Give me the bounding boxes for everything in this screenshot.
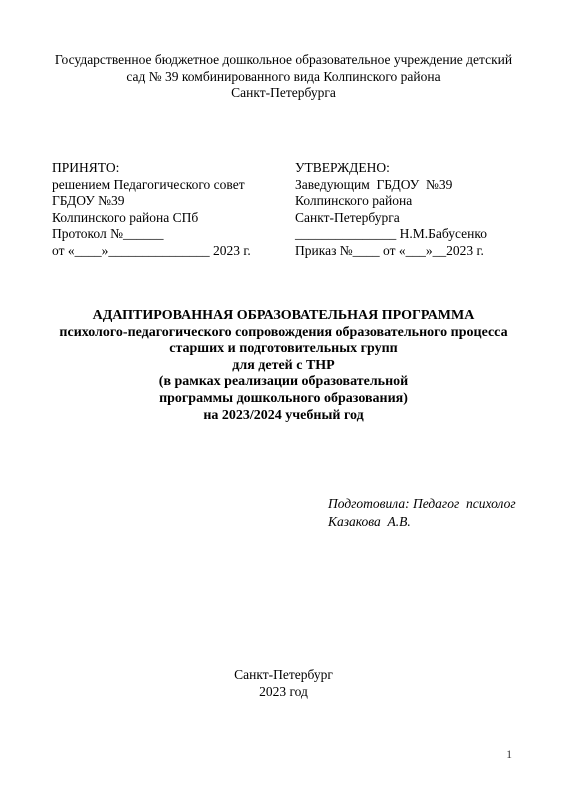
document-page: Государственное бюджетное дошкольное обр… [0,0,567,800]
organization-header: Государственное бюджетное дошкольное обр… [20,52,547,102]
title-line: старших и подготовительных групп [20,341,547,358]
document-title: АДАПТИРОВАННАЯ ОБРАЗОВАТЕЛЬНАЯ ПРОГРАММА… [20,308,547,424]
approved-line: Санкт-Петербурга [295,210,537,227]
accepted-heading: ПРИНЯТО: [52,160,295,177]
title-line: на 2023/2024 учебный год [20,408,547,425]
accepted-line: ГБДОУ №39 [52,193,295,210]
accepted-line: решением Педагогического совет [52,177,295,194]
approved-line: Заведующим ГБДОУ №39 [295,177,537,194]
prepared-by-name: Казакова А.В. [328,513,516,531]
page-number: 1 [0,749,512,761]
accepted-line: Колпинского района СПб [52,210,295,227]
approved-heading: УТВЕРЖДЕНО: [295,160,537,177]
title-line: психолого-педагогического сопровождения … [20,325,547,342]
org-header-line: Государственное бюджетное дошкольное обр… [20,52,547,69]
approved-block: УТВЕРЖДЕНО: Заведующим ГБДОУ №39 Колпинс… [295,160,537,260]
approval-section: ПРИНЯТО: решением Педагогического совет … [52,160,537,260]
year-line: 2023 год [0,684,567,701]
title-line: (в рамках реализации образовательной [20,374,547,391]
approved-line: Колпинского района [295,193,537,210]
protocol-number-line: Протокол №______ [52,226,295,243]
city-year-block: Санкт-Петербург 2023 год [0,667,567,700]
signature-line: _______________ Н.М.Бабусенко [295,226,537,243]
order-date-line: Приказ №____ от «___»__2023 г. [295,243,537,260]
title-line: программы дошкольного образования) [20,391,547,408]
org-header-line: Санкт-Петербурга [20,85,547,102]
accepted-block: ПРИНЯТО: решением Педагогического совет … [52,160,295,260]
title-line: АДАПТИРОВАННАЯ ОБРАЗОВАТЕЛЬНАЯ ПРОГРАММА [20,308,547,325]
prepared-by-block: Подготовила: Педагог психолог Казакова А… [328,495,516,530]
prepared-by-line: Подготовила: Педагог психолог [328,495,516,513]
accepted-date-line: от «____»_______________ 2023 г. [52,243,295,260]
title-line: для детей с ТНР [20,358,547,375]
city-line: Санкт-Петербург [0,667,567,684]
org-header-line: сад № 39 комбинированного вида Колпинско… [20,69,547,86]
